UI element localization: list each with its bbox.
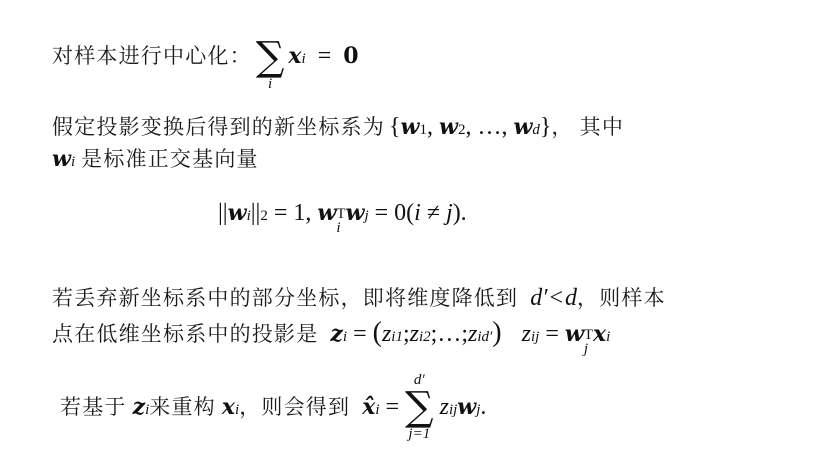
equals-sign: =	[318, 43, 332, 69]
close-paren: ).	[453, 200, 467, 226]
equals-one: = 1,	[274, 200, 312, 226]
projection-text: 点在低维坐标系中的投影是	[52, 321, 318, 347]
dimension-reduction-statement: 若丢弃新坐标系中的部分坐标，即将维度降低到 d′ < d ，则样本	[52, 285, 666, 311]
z-id-prime: z	[468, 321, 477, 347]
x-hat-group: x̂i	[362, 394, 379, 420]
norm-open: ||	[218, 200, 228, 226]
reduction-tail-text: ，则样本	[577, 285, 666, 311]
z-ij: z	[440, 394, 449, 420]
x-i-group: xi	[222, 394, 239, 420]
projection-basis-statement: 假定投影变换后得到的新坐标系为 { w1 , w2 , … , wd } ， 其…	[52, 114, 624, 140]
sum-symbol: ∑	[405, 388, 434, 426]
less-than-sign: <	[549, 285, 563, 311]
ellipsis: …	[437, 321, 461, 347]
centering-text: 对样本进行中心化：	[52, 43, 252, 69]
equals-sign: =	[385, 394, 399, 420]
vector-z: z	[133, 394, 146, 420]
vector-wi-transposed: w	[317, 200, 336, 226]
comma: ,	[501, 114, 507, 140]
open-paren: (	[373, 320, 382, 346]
reconstruction-text-2: 来重构	[149, 394, 216, 420]
vector-wd: w	[513, 114, 532, 140]
reduction-text: 若丢弃新坐标系中的部分坐标，即将维度降低到	[52, 285, 518, 311]
sum-symbol: ∑	[256, 38, 285, 76]
comma: ,	[427, 114, 433, 140]
ellipsis: …	[477, 114, 501, 140]
centering-formula: xi = 0	[288, 43, 358, 69]
orthonormal-statement: wi 是标准正交基向量	[52, 146, 259, 172]
projection-statement: 点在低维坐标系中的投影是 zi = ( zi1 ; zi2 ; … ; zid′…	[52, 320, 610, 358]
d: d	[565, 285, 577, 311]
z-i1: z	[382, 321, 391, 347]
index-j: j	[446, 200, 453, 226]
vector-w1: w	[401, 114, 420, 140]
subscript-i: i	[336, 221, 345, 235]
vector-wj: w	[457, 394, 476, 420]
centering-statement: 对样本进行中心化： ∑ i xi = 0	[52, 20, 359, 92]
equals-sign: =	[353, 321, 367, 347]
vector-x: x	[593, 321, 606, 347]
semicolon: ;	[403, 321, 410, 347]
vector-z: z	[330, 321, 343, 347]
set-close-brace: }	[540, 114, 552, 140]
vector-wj: w	[346, 200, 365, 226]
vector-w2: w	[439, 114, 458, 140]
z-i2: z	[410, 321, 419, 347]
close-paren: )	[492, 320, 501, 346]
set-open-brace: {	[389, 114, 401, 140]
basis-tail-text: 其中	[580, 114, 624, 140]
norm-close: ||	[251, 200, 261, 226]
semicolon: ;	[461, 321, 468, 347]
subscript-j: j	[584, 342, 593, 356]
period: .	[480, 394, 486, 420]
d-prime: d′	[530, 285, 547, 311]
z-ij: z	[522, 321, 531, 347]
equals-sign: =	[545, 321, 559, 347]
vector-wi: w	[52, 146, 71, 172]
transpose-superscript: T	[336, 207, 345, 221]
index-i: i	[414, 200, 421, 226]
sum-lower-limit: j=1	[408, 426, 430, 442]
orthonormal-text: 是标准正交基向量	[81, 146, 259, 172]
vector-x: x	[222, 394, 235, 420]
equals-zero: = 0(	[375, 200, 415, 226]
vector-x: x	[288, 43, 301, 69]
sum-operator: d′ ∑ j=1	[405, 372, 434, 442]
sum-body: zij wj .	[440, 394, 487, 420]
cjk-comma: ，	[551, 114, 573, 140]
transpose-superscript: T	[584, 328, 593, 342]
reconstruction-statement: 若基于 zi 来重构 xi ，则会得到 x̂i = d′ ∑ j=1 zij w…	[60, 372, 486, 442]
vector-x-hat: x̂	[362, 394, 375, 420]
vector-wj-transposed: w	[565, 321, 584, 347]
vector-wi: w	[228, 200, 247, 226]
reconstruction-text-1: 若基于	[60, 394, 127, 420]
basis-text: 假定投影变换后得到的新坐标系为	[52, 114, 385, 140]
z-i-group: zi	[133, 394, 150, 420]
orthonormal-equation: || wi ||2 = 1, w T i wj = 0( i ≠ j ).	[218, 200, 467, 237]
semicolon: ;	[431, 321, 438, 347]
not-equal-sign: ≠	[427, 200, 440, 226]
reconstruction-text-3: ，则会得到	[239, 394, 350, 420]
sum-operator: ∑ i	[256, 38, 285, 92]
zero-vector: 0	[343, 43, 358, 69]
comma: ,	[465, 114, 471, 140]
sum-lower-limit: i	[268, 76, 272, 92]
